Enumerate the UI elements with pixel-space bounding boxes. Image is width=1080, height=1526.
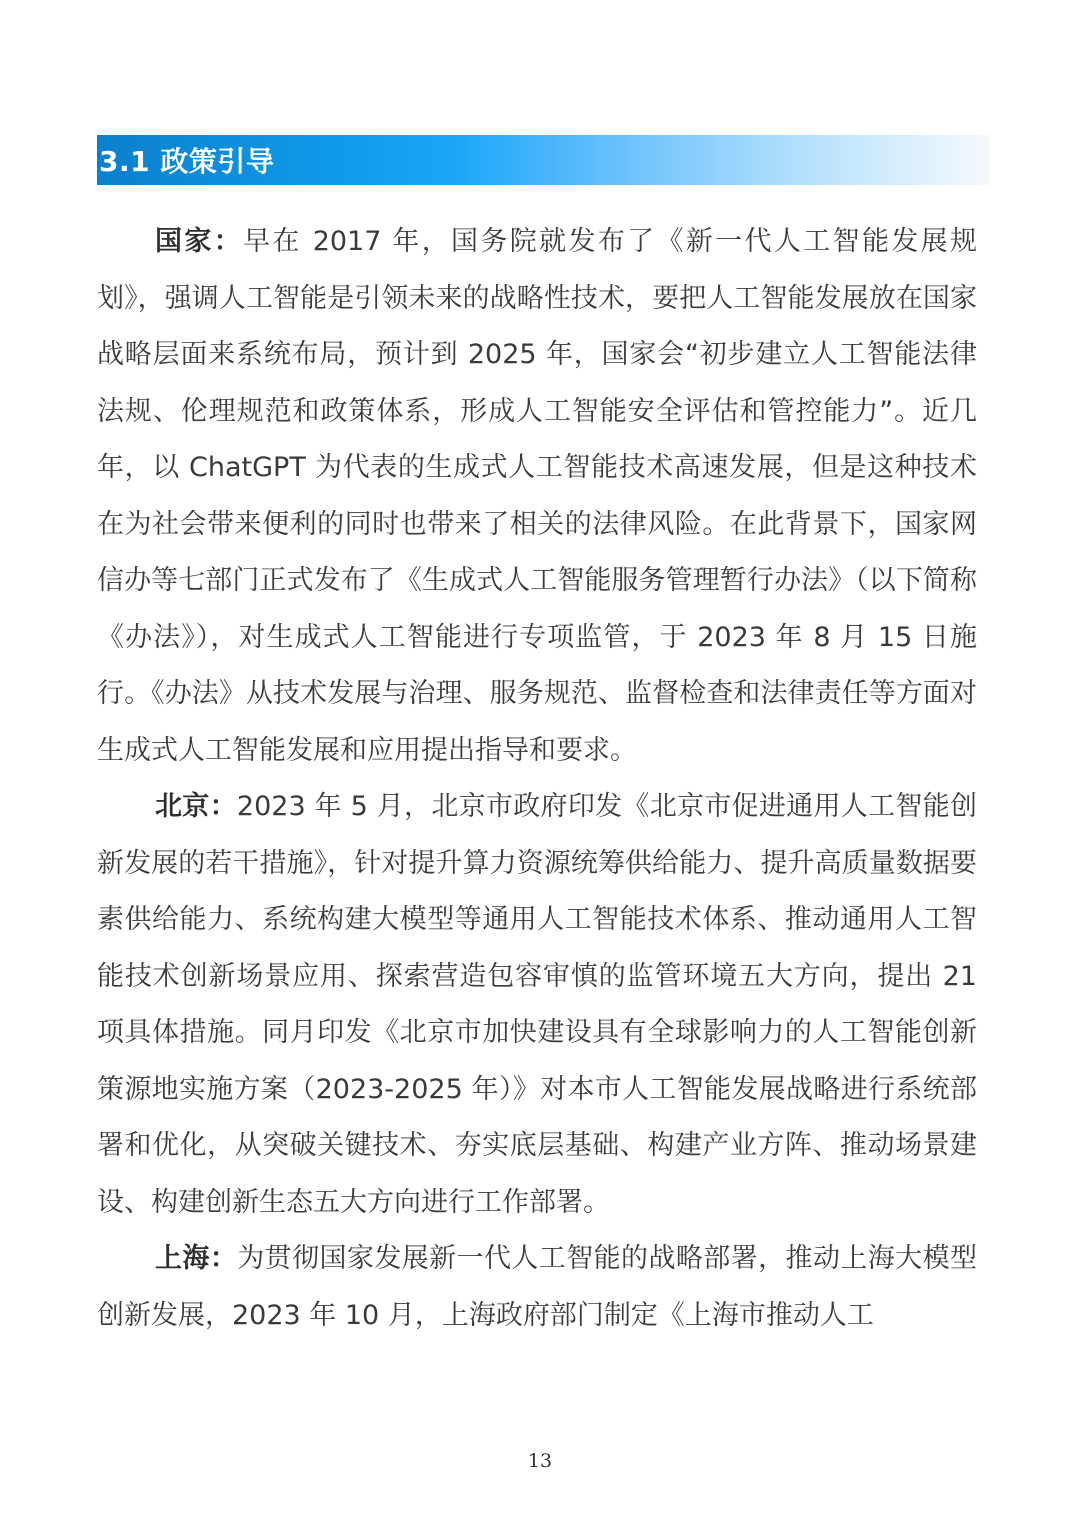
- paragraph-shanghai: 上海：为贯彻国家发展新一代人工智能的战略部署，推动上海大模型创新发展，2023 …: [97, 1231, 977, 1344]
- paragraph-text-national: 早在 2017 年，国务院就发布了《新一代人工智能发展规划》，强调人工智能是引领…: [97, 226, 977, 766]
- page-number: 13: [0, 1450, 1080, 1472]
- body-text: 国家：早在 2017 年，国务院就发布了《新一代人工智能发展规划》，强调人工智能…: [97, 214, 977, 1344]
- paragraph-beijing: 北京：2023 年 5 月，北京市政府印发《北京市促进通用人工智能创新发展的若干…: [97, 779, 977, 1231]
- paragraph-lead-shanghai: 上海：: [155, 1243, 237, 1274]
- paragraph-lead-beijing: 北京：: [155, 791, 237, 822]
- section-title: 3.1 政策引导: [97, 140, 274, 180]
- paragraph-lead-national: 国家：: [155, 226, 243, 257]
- paragraph-national: 国家：早在 2017 年，国务院就发布了《新一代人工智能发展规划》，强调人工智能…: [97, 214, 977, 779]
- section-header-bar: 3.1 政策引导: [97, 135, 990, 185]
- paragraph-text-beijing: 2023 年 5 月，北京市政府印发《北京市促进通用人工智能创新发展的若干措施》…: [97, 791, 977, 1218]
